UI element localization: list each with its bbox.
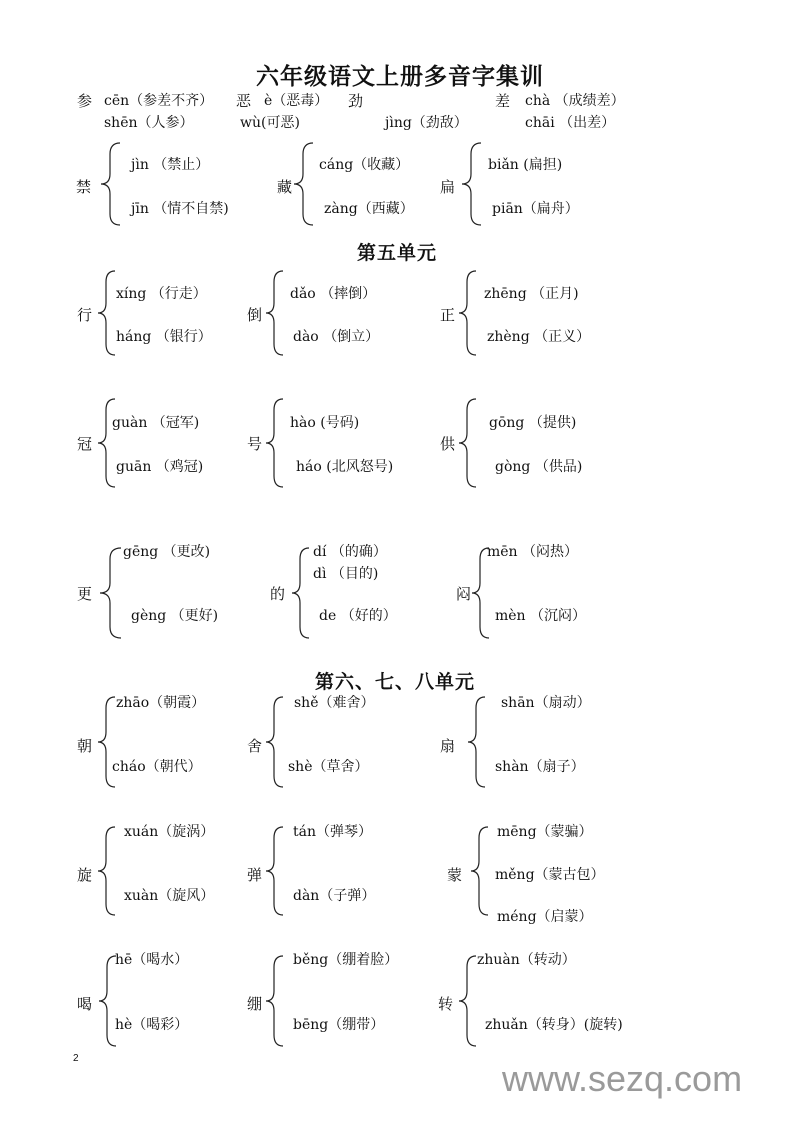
heading-char: 蒙 [447,866,462,884]
reading: shēn（人参） [104,114,194,132]
reading: chà （成绩差） [525,92,625,110]
reading: mēng（蒙骗） [497,823,593,841]
reading: mēn （闷热） [487,543,578,561]
heading-char: 转 [438,995,453,1013]
brace-icon [265,955,285,1047]
reading: guàn （冠军) [112,414,199,432]
reading: shě（难舍） [294,694,375,712]
heading-char: 弹 [247,866,262,884]
reading: zhuǎn（转身）(旋转) [485,1016,623,1034]
reading: shè（草舍） [288,758,369,776]
reading: zhēng （正月) [484,285,579,303]
reading: gòng （供品) [495,458,582,476]
reading: hē（喝水） [115,951,188,969]
heading-char: 扁 [440,178,455,196]
heading-char: 绷 [247,995,262,1013]
reading: de （好的） [319,607,397,625]
reading: méng（启蒙） [497,908,593,926]
heading-char: 冠 [77,435,92,453]
heading-char: 旋 [77,866,92,884]
reading: mèn （沉闷） [495,607,586,625]
reading: shān（扇动） [501,694,591,712]
heading-char: 朝 [77,737,92,755]
brace-icon [293,142,315,226]
reading: hè（喝彩） [115,1016,188,1034]
brace-icon [470,826,490,916]
section-title: 第五单元 [357,238,437,265]
reading: jīn （情不自禁) [131,200,229,218]
reading: zàng（西藏） [324,200,414,218]
reading: gèng （更好) [131,607,218,625]
heading-char: 号 [247,435,262,453]
reading: jìng（劲敌） [385,114,468,132]
heading-char: 禁 [76,178,91,196]
reading: xuán（旋涡） [124,823,214,841]
reading: xuàn（旋风） [124,887,214,905]
brace-icon [265,398,285,488]
brace-icon [291,547,311,639]
reading: piān（扁舟） [492,200,579,218]
heading-char: 喝 [77,995,92,1013]
reading: cēn（参差不齐） [104,92,213,110]
reading: chāi （出差） [525,114,615,132]
brace-icon [467,696,487,788]
reading: jìn （禁止） [131,156,209,174]
reading: cháo（朝代） [112,758,202,776]
heading-char: 正 [440,306,455,324]
brace-icon [265,826,285,916]
reading: zhèng （正义） [487,328,590,346]
brace-icon [100,142,122,226]
heading-char: 供 [440,435,455,453]
reading: wù(可恶) [240,114,300,132]
heading-char: 行 [77,306,92,324]
reading: zhāo（朝霞） [116,694,205,712]
reading: tán（弹琴） [293,823,372,841]
brace-icon [265,696,285,788]
watermark: www.sezq.com [502,1058,742,1100]
reading: dào （倒立） [293,328,379,346]
reading: gēng （更改) [123,543,210,561]
reading: shàn（扇子） [495,758,585,776]
brace-icon [97,398,117,488]
reading: dì （目的) [313,565,378,583]
reading: měng（蒙古包） [495,866,605,884]
reading: cáng（收藏） [319,156,409,174]
reading: hào (号码) [290,414,359,432]
brace-icon [97,826,117,916]
heading-char: 恶 [236,92,251,110]
reading: gōng （提供) [489,414,576,432]
brace-icon [99,547,123,639]
brace-icon [97,270,117,356]
reading: xíng （行走） [116,285,207,303]
reading: zhuàn（转动） [477,951,576,969]
page-number: 2 [73,1053,79,1064]
reading: è（恶毒） [264,92,328,110]
heading-char: 扇 [440,737,455,755]
heading-char: 舍 [247,737,262,755]
reading: běng（绷着脸） [293,951,398,969]
heading-char: 的 [270,585,285,603]
heading-char: 藏 [277,178,292,196]
heading-char: 闷 [456,585,471,603]
heading-char: 更 [77,585,92,603]
page-title: 六年级语文上册多音字集训 [256,58,544,91]
brace-icon [461,142,483,226]
heading-char: 倒 [247,306,262,324]
reading: háng （银行） [116,328,212,346]
heading-char: 参 [77,92,92,110]
brace-icon [458,398,478,488]
reading: guān （鸡冠) [116,458,203,476]
brace-icon [265,270,285,356]
brace-icon [458,955,478,1047]
heading-char: 劲 [348,92,363,110]
reading: dí （的确） [313,543,387,561]
section-title: 第六、七、八单元 [315,667,475,694]
heading-char: 差 [495,92,510,110]
reading: háo (北风怒号) [296,458,393,476]
reading: dǎo （摔倒） [290,285,376,303]
brace-icon [458,270,478,356]
reading: dàn（子弹） [293,887,375,905]
reading: biǎn (扁担) [488,156,562,174]
reading: bēng（绷带） [293,1016,384,1034]
